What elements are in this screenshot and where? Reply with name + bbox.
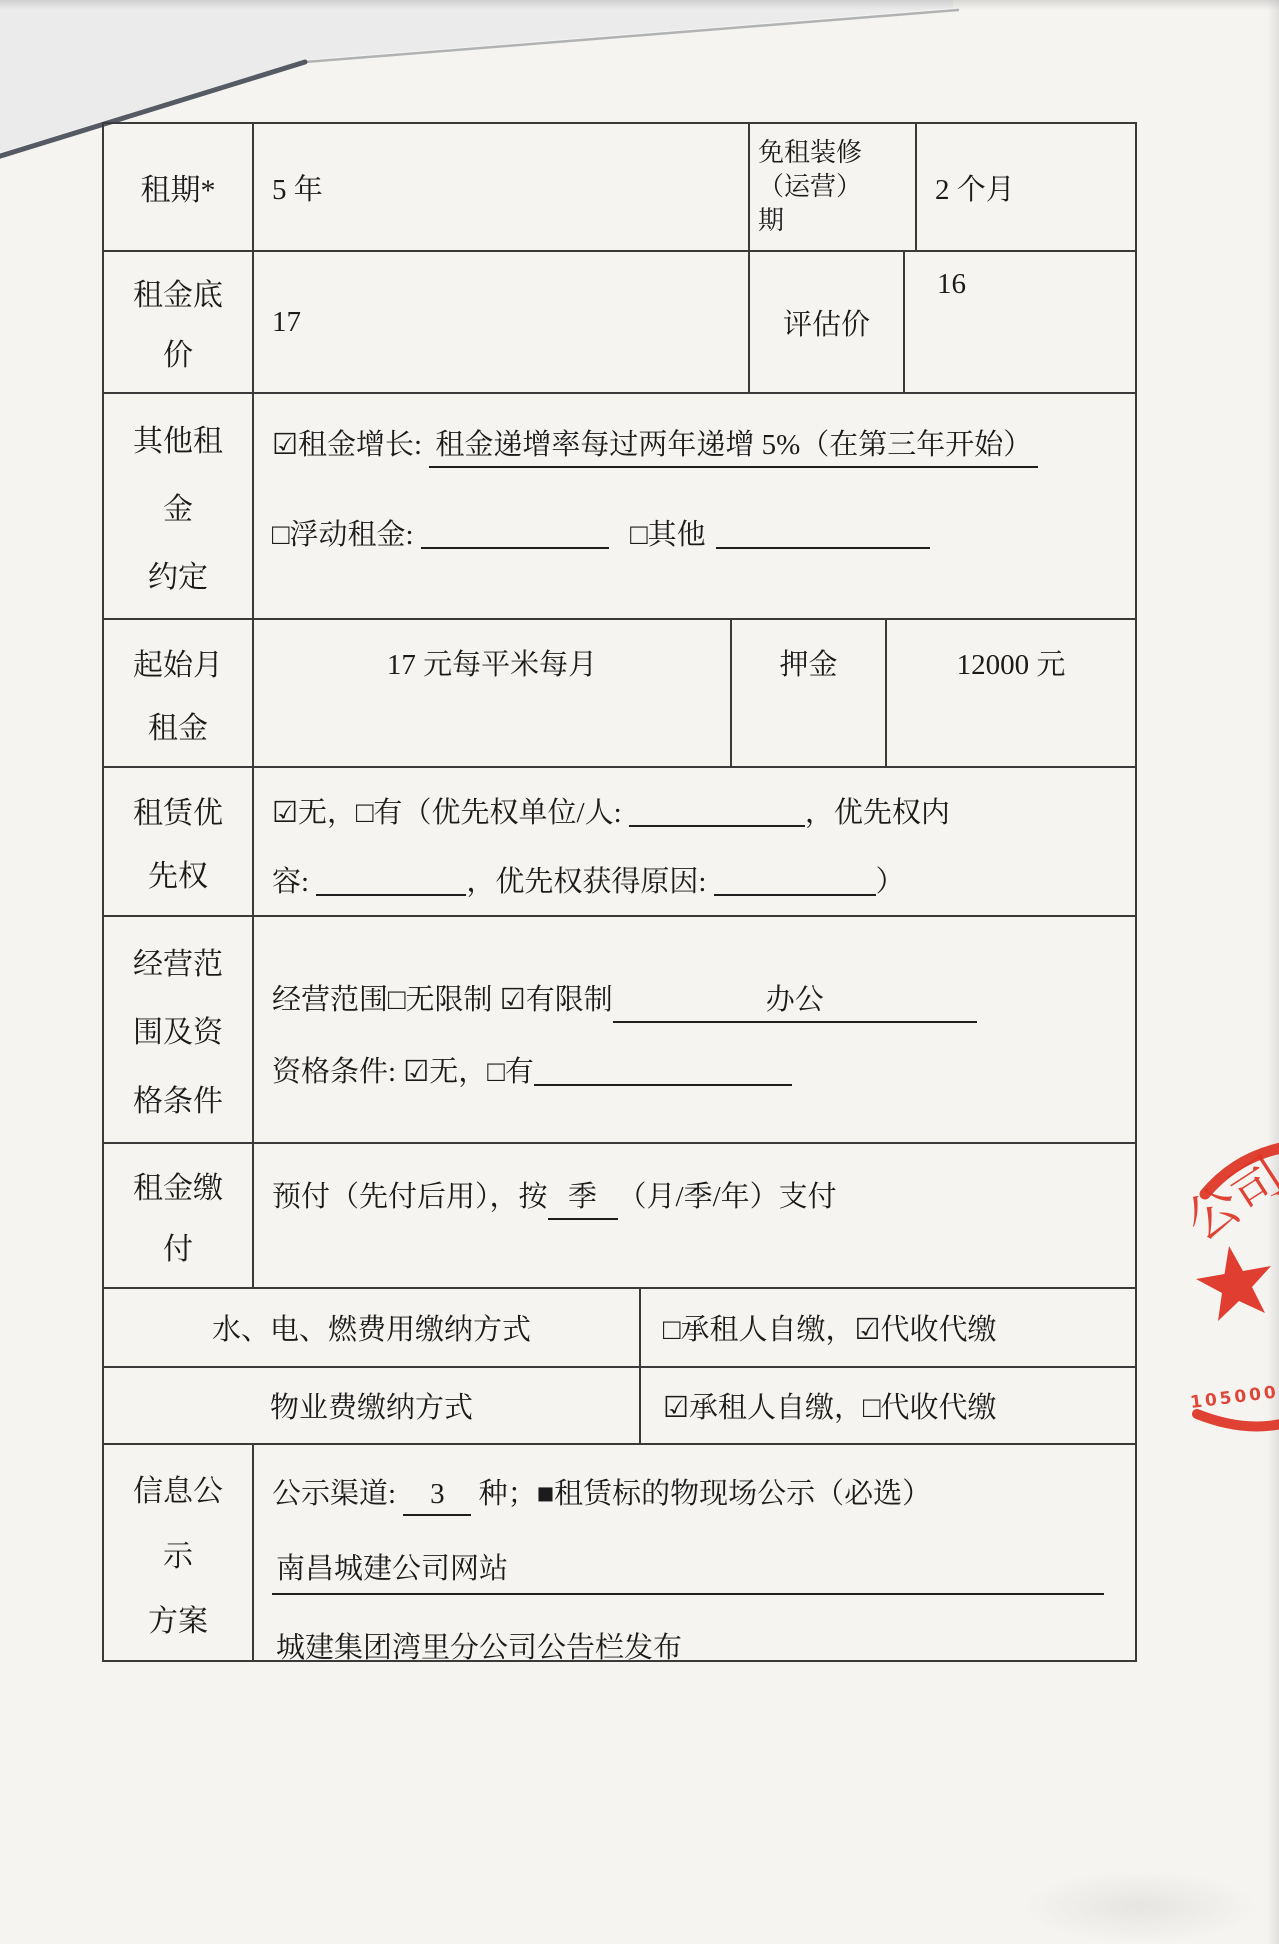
property-fee-value-cell: ☑承租人自缴，□代收代缴 bbox=[639, 1368, 1135, 1443]
table-row-property-fee: 物业费缴纳方式 ☑承租人自缴，□代收代缴 bbox=[104, 1366, 1135, 1443]
scan-edge-top bbox=[0, 0, 1279, 10]
priority-content-cell: ☑无，□有（优先权单位/人: ，优先权内 容: ，优先权获得原因: ） bbox=[252, 768, 1135, 915]
publicity-channel-count: 3 bbox=[403, 1478, 471, 1516]
base-rent-value: 17 bbox=[272, 306, 301, 339]
priority-line1-text: ☑无，□有（优先权单位/人: bbox=[272, 797, 629, 829]
base-rent-label-line2: 价 bbox=[163, 330, 193, 374]
utilities-label-cell: 水、电、燃费用缴纳方式 bbox=[104, 1289, 639, 1366]
appraisal-value: 16 bbox=[937, 268, 966, 300]
payment-text-a: 预付（先付后用），按 bbox=[272, 1181, 548, 1213]
seal-arc-text: 公司 bbox=[1176, 1148, 1279, 1252]
table-row-other-rent-terms: 其他租 金 约定 ☑租金增长: 租金递增率每过两年递增 5%（在第三年开始） □… bbox=[104, 392, 1135, 618]
other-checkbox-label: □其他 bbox=[630, 519, 706, 551]
property-fee-label: 物业费缴纳方式 bbox=[270, 1385, 473, 1426]
scope-restriction-value: 办公 bbox=[613, 977, 977, 1023]
seal-graphic: 公司 1050000 bbox=[1127, 1108, 1279, 1480]
deposit-label-cell: 押金 bbox=[730, 620, 885, 766]
priority-line1: ☑无，□有（优先权单位/人: ，优先权内 bbox=[272, 790, 1135, 831]
scope-restriction-checkboxes: 经营范围□无限制 ☑有限制 bbox=[272, 984, 613, 1016]
priority-label-line2: 先权 bbox=[148, 851, 208, 895]
starting-rent-label-line1: 起始月 bbox=[133, 640, 223, 684]
priority-close-paren: ） bbox=[876, 866, 905, 898]
base-rent-label-line1: 租金底 bbox=[133, 270, 223, 314]
priority-content-blank bbox=[316, 865, 466, 896]
qualification-blank bbox=[534, 1055, 792, 1086]
rent-free-period-value-cell: 2 个月 bbox=[915, 124, 1135, 250]
deposit-value: 12000 元 bbox=[957, 642, 1066, 766]
rent-free-value: 2 个月 bbox=[935, 167, 1015, 208]
publicity-channel-3: 城建集团湾里分公司公告栏发布 bbox=[272, 1625, 1104, 1660]
scope-label-cell: 经营范 围及资 格条件 bbox=[104, 917, 252, 1142]
payment-label-line2: 付 bbox=[163, 1224, 193, 1268]
company-seal-stamp: 公司 1050000 bbox=[1127, 1108, 1279, 1480]
lease-term-label-cell: 租期* bbox=[104, 124, 252, 250]
base-rent-value-cell: 17 bbox=[252, 252, 748, 392]
deposit-value-cell: 12000 元 bbox=[885, 620, 1135, 766]
priority-holder-blank bbox=[629, 796, 805, 827]
payment-content-cell: 预付（先付后用），按季（月/季/年）支付 bbox=[252, 1144, 1135, 1287]
scope-label-line3: 格条件 bbox=[133, 1076, 223, 1120]
table-row-starting-rent: 起始月 租金 17 元每平米每月 押金 12000 元 bbox=[104, 618, 1135, 766]
payment-label-cell: 租金缴 付 bbox=[104, 1144, 252, 1287]
other-rent-label-cell: 其他租 金 约定 bbox=[104, 394, 252, 618]
base-rent-label-cell: 租金底 价 bbox=[104, 252, 252, 392]
other-blank bbox=[716, 518, 930, 549]
table-row-rent-payment: 租金缴 付 预付（先付后用），按季（月/季/年）支付 bbox=[104, 1142, 1135, 1287]
table-row-utilities: 水、电、燃费用缴纳方式 □承租人自缴，☑代收代缴 bbox=[104, 1287, 1135, 1366]
floating-rent-checkbox-label: □浮动租金: bbox=[272, 519, 421, 551]
publicity-content-cell: 公示渠道: 3 种；■租赁标的物现场公示（必选） 南昌城建公司网站 城建集团湾里… bbox=[252, 1445, 1135, 1660]
appraisal-value-cell: 16 bbox=[903, 252, 1135, 392]
table-row-publicity-plan: 信息公 示 方案 公示渠道: 3 种；■租赁标的物现场公示（必选） 南昌城建公司… bbox=[104, 1443, 1135, 1660]
seal-serial-number: 1050000 bbox=[1189, 1380, 1279, 1413]
scope-line1: 经营范围□无限制 ☑有限制办公 bbox=[272, 977, 1135, 1023]
property-fee-label-cell: 物业费缴纳方式 bbox=[104, 1368, 639, 1443]
other-rent-content-cell: ☑租金增长: 租金递增率每过两年递增 5%（在第三年开始） □浮动租金: □其他 bbox=[252, 394, 1135, 618]
seal-star-icon bbox=[1196, 1246, 1271, 1321]
lease-term-label: 租期* bbox=[141, 165, 216, 209]
deposit-label: 押金 bbox=[779, 642, 837, 766]
utilities-checkboxes: □承租人自缴，☑代收代缴 bbox=[663, 1307, 997, 1348]
lease-term-value: 5 年 bbox=[272, 167, 323, 208]
scope-label-line1: 经营范 bbox=[133, 939, 223, 983]
publicity-label-line3: 方案 bbox=[148, 1596, 208, 1640]
other-rent-label-line2: 金 bbox=[163, 484, 193, 528]
starting-rent-label-line2: 租金 bbox=[148, 703, 208, 747]
publicity-line2: 南昌城建公司网站 bbox=[272, 1546, 1135, 1595]
table-row-lease-term: 租期* 5 年 免租装修 （运营） 期 2 个月 bbox=[104, 124, 1135, 250]
scan-smudge bbox=[1020, 1870, 1260, 1944]
scan-edge-right bbox=[1267, 0, 1279, 1944]
payment-line: 预付（先付后用），按季（月/季/年）支付 bbox=[272, 1174, 1135, 1220]
publicity-label-cell: 信息公 示 方案 bbox=[104, 1445, 252, 1660]
scanned-document-page: 租期* 5 年 免租装修 （运营） 期 2 个月 租金底 价 17 bbox=[0, 0, 1279, 1944]
rent-growth-line: ☑租金增长: 租金递增率每过两年递增 5%（在第三年开始） bbox=[272, 422, 1135, 468]
appraisal-label-cell: 评估价 bbox=[748, 252, 903, 392]
other-rent-label-line3: 约定 bbox=[148, 552, 208, 596]
starting-rent-value: 17 元每平米每月 bbox=[387, 649, 597, 681]
starting-rent-value-cell: 17 元每平米每月 bbox=[252, 620, 730, 766]
appraisal-label: 评估价 bbox=[783, 302, 870, 343]
property-fee-checkboxes: ☑承租人自缴，□代收代缴 bbox=[663, 1385, 997, 1426]
floating-rent-line: □浮动租金: □其他 bbox=[272, 512, 1135, 553]
scope-line2: 资格条件: ☑无，□有 bbox=[272, 1049, 1135, 1090]
publicity-line3: 城建集团湾里分公司公告栏发布 bbox=[272, 1625, 1135, 1660]
scope-content-cell: 经营范围□无限制 ☑有限制办公 资格条件: ☑无，□有 bbox=[252, 917, 1135, 1142]
table-row-lease-priority: 租赁优 先权 ☑无，□有（优先权单位/人: ，优先权内 容: ，优先权获得原因:… bbox=[104, 766, 1135, 915]
rent-growth-checkbox-label: ☑租金增长: bbox=[272, 429, 429, 461]
lease-terms-table: 租期* 5 年 免租装修 （运营） 期 2 个月 租金底 价 17 bbox=[102, 122, 1137, 1662]
table-row-base-rent: 租金底 价 17 评估价 16 bbox=[104, 250, 1135, 392]
rent-free-label-line2: （运营） bbox=[758, 170, 911, 204]
table-row-business-scope: 经营范 围及资 格条件 经营范围□无限制 ☑有限制办公 资格条件: ☑无，□有 bbox=[104, 915, 1135, 1142]
priority-label-cell: 租赁优 先权 bbox=[104, 768, 252, 915]
qualification-checkboxes: 资格条件: ☑无，□有 bbox=[272, 1056, 534, 1088]
rent-free-period-label-cell: 免租装修 （运营） 期 bbox=[748, 124, 915, 250]
rent-growth-value: 租金递增率每过两年递增 5%（在第三年开始） bbox=[429, 422, 1038, 468]
payment-label-line1: 租金缴 bbox=[133, 1163, 223, 1207]
publicity-channel-2: 南昌城建公司网站 bbox=[272, 1546, 1104, 1595]
starting-rent-label-cell: 起始月 租金 bbox=[104, 620, 252, 766]
publicity-label-line1: 信息公 bbox=[133, 1466, 223, 1510]
priority-line2-text: 容: bbox=[272, 866, 316, 898]
publicity-line1: 公示渠道: 3 种；■租赁标的物现场公示（必选） bbox=[272, 1471, 1135, 1516]
priority-line2: 容: ，优先权获得原因: ） bbox=[272, 859, 1135, 900]
priority-reason-blank bbox=[714, 865, 876, 896]
utilities-value-cell: □承租人自缴，☑代收代缴 bbox=[639, 1289, 1135, 1366]
rent-free-label-line1: 免租装修 bbox=[758, 136, 911, 170]
floating-rent-blank bbox=[421, 518, 609, 549]
lease-term-value-cell: 5 年 bbox=[252, 124, 748, 250]
rent-free-label-line3: 期 bbox=[758, 204, 911, 238]
publicity-mandatory-item: 种；■租赁标的物现场公示（必选） bbox=[471, 1478, 931, 1510]
priority-line2-mid: ，优先权获得原因: bbox=[466, 866, 713, 898]
publicity-channel-label: 公示渠道: bbox=[272, 1478, 403, 1510]
priority-line1-tail: ，优先权内 bbox=[805, 797, 950, 829]
publicity-label-line2: 示 bbox=[163, 1531, 193, 1575]
payment-text-b: （月/季/年）支付 bbox=[618, 1181, 837, 1213]
scope-label-line2: 围及资 bbox=[133, 1007, 223, 1051]
other-rent-label-line1: 其他租 bbox=[133, 416, 223, 460]
utilities-label: 水、电、燃费用缴纳方式 bbox=[212, 1307, 531, 1348]
priority-label-line1: 租赁优 bbox=[133, 788, 223, 832]
seal-rim-bottom-arc bbox=[1197, 1414, 1279, 1426]
payment-period-value: 季 bbox=[548, 1174, 618, 1220]
